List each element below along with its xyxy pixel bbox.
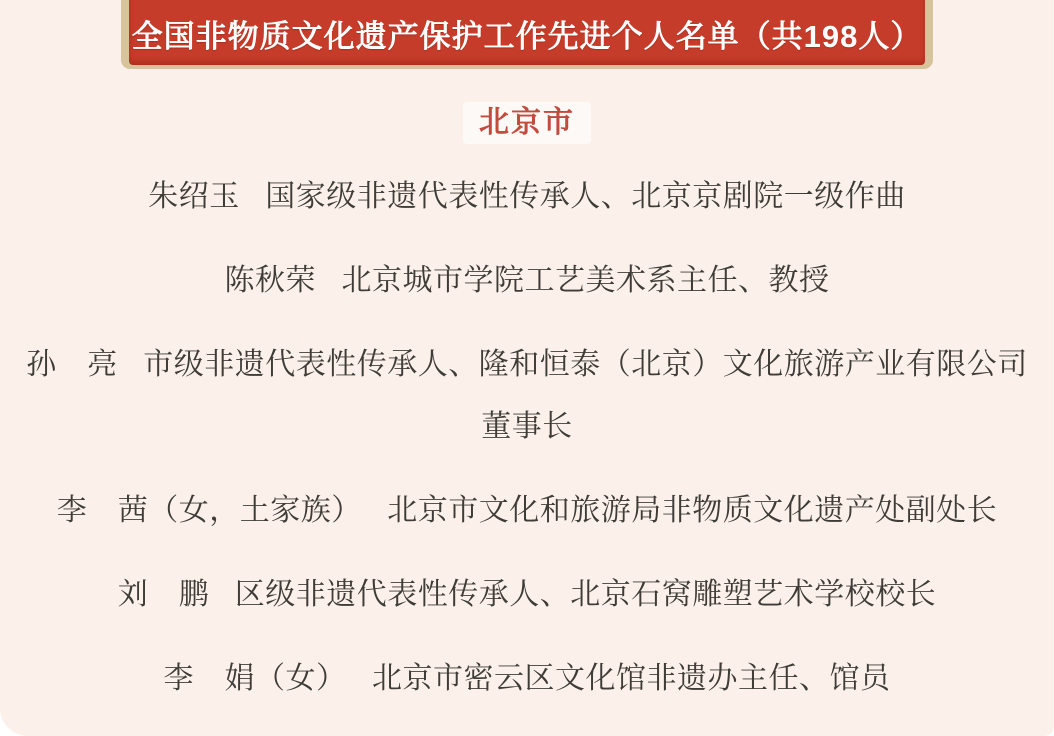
- entry-desc: 市级非遗代表性传承人、隆和恒泰（北京）文化旅游产业有限公司董事长: [143, 348, 1028, 443]
- list-item: 陈秋荣北京城市学院工艺美术系主任、教授: [16, 250, 1038, 312]
- banner-background: 全国非物质文化遗产保护工作先进个人名单（共198人）: [129, 0, 925, 65]
- header-banner: 全国非物质文化遗产保护工作先进个人名单（共198人）: [121, 0, 933, 69]
- entry-name: 李 茜（女，土家族）: [57, 494, 362, 527]
- region-heading: 北京市: [463, 102, 591, 144]
- entry-name: 陈秋荣: [225, 264, 317, 297]
- banner-title: 全国非物质文化遗产保护工作先进个人名单（共198人）: [132, 0, 923, 56]
- name-list: 朱绍玉国家级非遗代表性传承人、北京京剧院一级作曲 陈秋荣北京城市学院工艺美术系主…: [0, 166, 1054, 710]
- list-item: 孙 亮市级非遗代表性传承人、隆和恒泰（北京）文化旅游产业有限公司董事长: [16, 334, 1038, 458]
- entry-desc: 北京市密云区文化馆非遗办主任、馆员: [372, 662, 891, 695]
- entry-name: 李 娟（女）: [164, 662, 347, 695]
- list-item: 朱绍玉国家级非遗代表性传承人、北京京剧院一级作曲: [16, 166, 1038, 228]
- entry-name: 朱绍玉: [148, 180, 240, 213]
- region-heading-row: 北京市: [0, 102, 1054, 144]
- entry-desc: 北京市文化和旅游局非物质文化遗产处副处长: [387, 494, 997, 527]
- list-item: 刘 鹏区级非遗代表性传承人、北京石窝雕塑艺术学校校长: [16, 564, 1038, 626]
- entry-name: 刘 鹏: [118, 578, 210, 611]
- entry-name: 孙 亮: [26, 348, 118, 381]
- entry-desc: 北京城市学院工艺美术系主任、教授: [342, 264, 830, 297]
- page-panel: 全国非物质文化遗产保护工作先进个人名单（共198人） 北京市 朱绍玉国家级非遗代…: [0, 0, 1054, 736]
- entry-desc: 国家级非遗代表性传承人、北京京剧院一级作曲: [265, 180, 906, 213]
- list-item: 李 娟（女）北京市密云区文化馆非遗办主任、馆员: [16, 648, 1038, 710]
- entry-desc: 区级非遗代表性传承人、北京石窝雕塑艺术学校校长: [235, 578, 937, 611]
- list-item: 李 茜（女，土家族）北京市文化和旅游局非物质文化遗产处副处长: [16, 480, 1038, 542]
